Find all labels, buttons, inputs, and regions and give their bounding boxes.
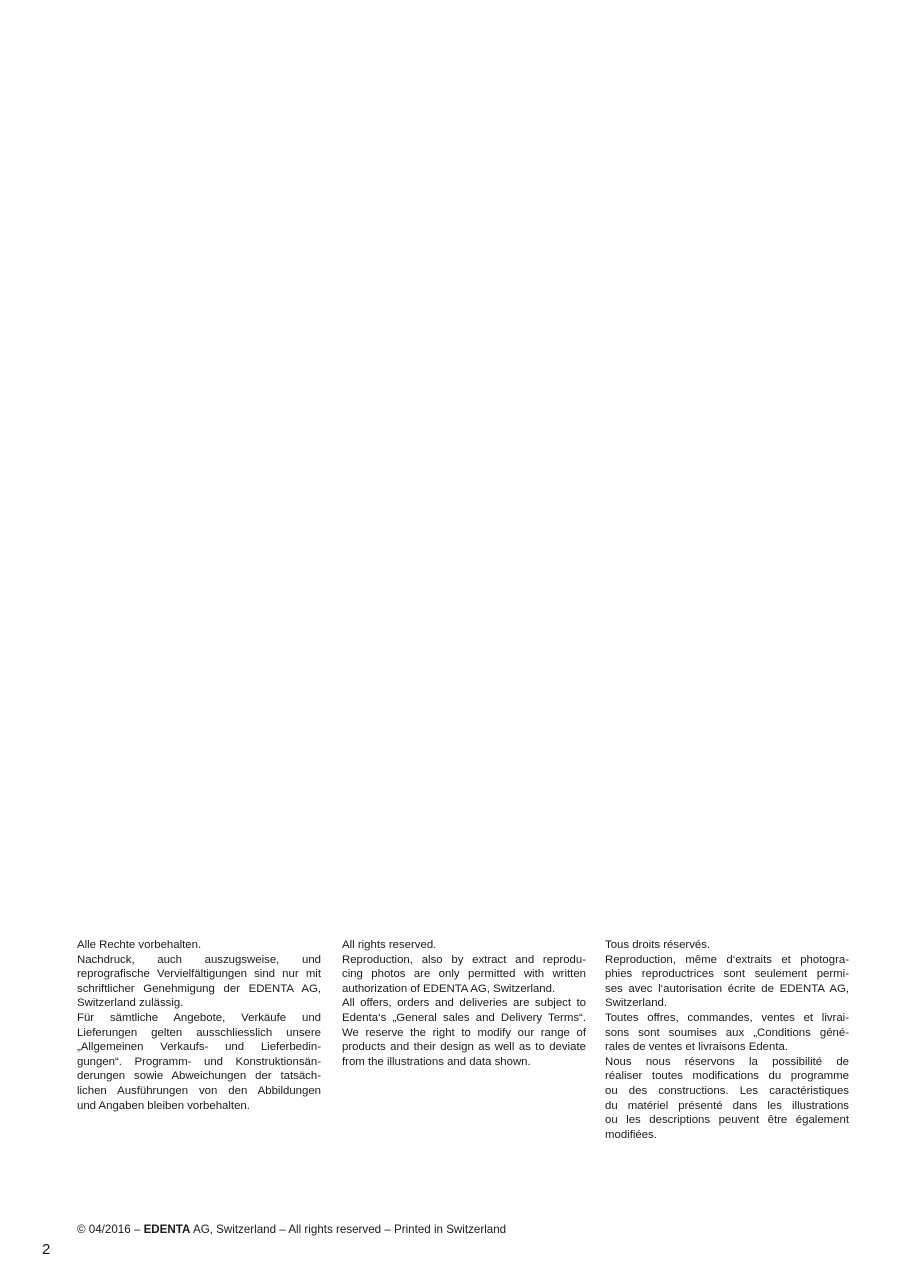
legal-text-german: Alle Rechte vorbehalten.Nachdruck, auch … — [77, 938, 321, 1113]
text-line: rales de ventes et livraisons Edenta. — [605, 1040, 849, 1055]
text-line: We reserve the right to modify our range… — [342, 1026, 586, 1041]
footer-suffix: AG, Switzerland – All rights reserved – … — [190, 1223, 506, 1236]
text-line: lichen Ausführungen von den Abbildungen — [77, 1084, 321, 1099]
text-line: Reproduction, also by extract and reprod… — [342, 953, 586, 968]
footer-brand: EDENTA — [144, 1223, 191, 1236]
text-line: Switzerland. — [605, 996, 849, 1011]
legal-text-english: All rights reserved.Reproduction, also b… — [342, 938, 586, 1069]
text-line: modifiées. — [605, 1128, 849, 1143]
text-line: All offers, orders and deliveries are su… — [342, 996, 586, 1011]
text-line: Nachdruck, auch auszugsweise, und — [77, 953, 321, 968]
text-line: Alle Rechte vorbehalten. — [77, 938, 321, 953]
text-line: gungen“. Programm- und Konstruktionsän- — [77, 1055, 321, 1070]
legal-text-french: Tous droits réservés.Reproduction, même … — [605, 938, 849, 1142]
text-line: Nous nous réservons la possibilité de — [605, 1055, 849, 1070]
text-line: Edenta‘s „General sales and Delivery Ter… — [342, 1011, 586, 1026]
text-line: Tous droits réservés. — [605, 938, 849, 953]
text-line: Switzerland zulässig. — [77, 996, 321, 1011]
text-line: Toutes offres, commandes, ventes et livr… — [605, 1011, 849, 1026]
text-line: sons sont soumises aux „Conditions géné- — [605, 1026, 849, 1041]
text-line: und Angaben bleiben vorbehalten. — [77, 1099, 321, 1114]
text-line: Für sämtliche Angebote, Verkäufe und — [77, 1011, 321, 1026]
text-line: „Allgemeinen Verkaufs- und Lieferbedin- — [77, 1040, 321, 1055]
text-line: from the illustrations and data shown. — [342, 1055, 586, 1070]
text-line: derungen sowie Abweichungen der tatsäch- — [77, 1069, 321, 1084]
text-line: phies reproductrices sont seulement perm… — [605, 967, 849, 982]
text-line: Reproduction, même d‘extraits et photogr… — [605, 953, 849, 968]
text-line: products and their design as well as to … — [342, 1040, 586, 1055]
text-line: du matériel présenté dans les illustrati… — [605, 1099, 849, 1114]
text-line: cing photos are only permitted with writ… — [342, 967, 586, 982]
text-line: authorization of EDENTA AG, Switzerland. — [342, 982, 586, 997]
text-line: All rights reserved. — [342, 938, 586, 953]
text-line: Lieferungen gelten ausschliesslich unser… — [77, 1026, 321, 1041]
footer-prefix: © 04/2016 – — [77, 1223, 144, 1236]
text-line: réaliser toutes modifications du program… — [605, 1069, 849, 1084]
text-line: reprografische Vervielfältigungen sind n… — [77, 967, 321, 982]
text-line: ou des constructions. Les caractéristiqu… — [605, 1084, 849, 1099]
text-line: schriftlicher Genehmigung der EDENTA AG, — [77, 982, 321, 997]
copyright-footer: © 04/2016 – EDENTA AG, Switzerland – All… — [77, 1223, 506, 1236]
text-line: ses avec l‘autorisation écrite de EDENTA… — [605, 982, 849, 997]
page-number: 2 — [42, 1241, 50, 1258]
text-line: ou les descriptions peuvent être égaleme… — [605, 1113, 849, 1128]
